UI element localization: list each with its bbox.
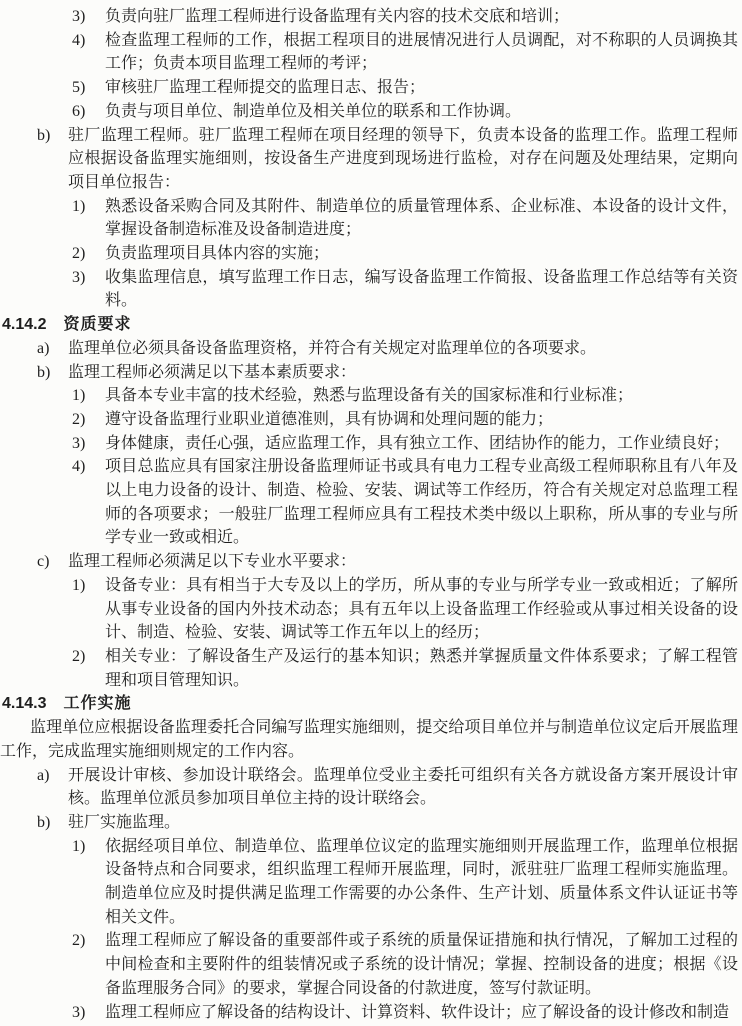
list-item-label: a) — [37, 337, 49, 361]
list-item-label: a) — [37, 764, 49, 788]
list-item-text: 负责监理项目具体内容的实施； — [105, 245, 329, 262]
list-item: 1)设备专业：具有相当于大专及以上的学历，所从事的专业与所学专业一致或相近；了解… — [0, 574, 738, 645]
list-item: 3)监理工程师应了解设备的结构设计、计算资料、软件设计；应了解设备的设计修改和制… — [0, 1001, 738, 1025]
list-item: 5)审核驻厂监理工程师提交的监理日志、报告； — [0, 76, 738, 100]
list-item: 2)遵守设备监理行业职业道德准则，具有协调和处理问题的能力； — [0, 408, 738, 432]
list-item: b)驻厂监理工程师。驻厂监理工程师在项目经理的领导下，负责本设备的监理工作。监理… — [0, 124, 738, 195]
section-title: 工作实施 — [63, 692, 131, 716]
list-item-label: 3) — [72, 432, 85, 456]
list-item: b)驻厂实施监理。 — [0, 811, 738, 835]
list-item-label: 1) — [72, 384, 85, 408]
list-item-label: 4) — [72, 29, 85, 53]
list-item-text: 监理工程师必须满足以下专业水平要求： — [68, 553, 356, 570]
list-item-text: 相关专业：了解设备生产及运行的基本知识；熟悉并掌握质量文件体系要求；了解工程管理… — [105, 648, 738, 689]
list-item: b)监理工程师必须满足以下基本素质要求： — [0, 361, 738, 385]
list-item-text: 负责与项目单位、制造单位及相关单位的联系和工作协调。 — [105, 103, 521, 120]
scanned-document-page: 3)负责向驻厂监理工程师进行设备监理有关内容的技术交底和培训；4)检查监理工程师… — [0, 0, 742, 1026]
list-item-text: 收集监理信息，填写监理工作日志，编写设备监理工作简报、设备监理工作总结等有关资料… — [105, 269, 738, 310]
list-item-text: 具备本专业丰富的技术经验，熟悉与监理设备有关的国家标准和行业标准； — [105, 387, 633, 404]
list-item-label: 3) — [72, 266, 85, 290]
list-item: 3)收集监理信息，填写监理工作日志，编写设备监理工作简报、设备监理工作总结等有关… — [0, 266, 738, 313]
list-item: 2)监理工程师应了解设备的重要部件或子系统的质量保证措施和执行情况，了解加工过程… — [0, 929, 738, 1000]
list-item-label: 5) — [72, 76, 85, 100]
list-item: 4)项目总监应具有国家注册设备监理师证书或具有电力工程专业高级工程师职称且有八年… — [0, 455, 738, 550]
list-item: c)监理工程师必须满足以下专业水平要求： — [0, 550, 738, 574]
list-item-label: 3) — [72, 1001, 85, 1025]
section-number: 4.14.3 — [2, 692, 46, 716]
list-item: 2)相关专业：了解设备生产及运行的基本知识；熟悉并掌握质量文件体系要求；了解工程… — [0, 645, 738, 692]
document-body: 3)负责向驻厂监理工程师进行设备监理有关内容的技术交底和培训；4)检查监理工程师… — [0, 5, 738, 1024]
section-heading: 4.14.2资质要求 — [0, 313, 738, 337]
list-item-text: 项目总监应具有国家注册设备监理师证书或具有电力工程专业高级工程师职称且有八年及以… — [105, 458, 738, 546]
list-item-text: 驻厂监理工程师。驻厂监理工程师在项目经理的领导下，负责本设备的监理工作。监理工程… — [68, 127, 738, 191]
list-item: a)监理单位必须具备设备监理资格，并符合有关规定对监理单位的各项要求。 — [0, 337, 738, 361]
list-item-text: 监理工程师应了解设备的结构设计、计算资料、软件设计；应了解设备的设计修改和制造 — [105, 1004, 729, 1021]
list-item-label: b) — [37, 811, 50, 835]
list-item-label: c) — [37, 550, 49, 574]
list-item: 3)身体健康，责任心强，适应监理工作，具有独立工作、团结协作的能力，工作业绩良好… — [0, 432, 738, 456]
list-item-text: 监理工程师应了解设备的重要部件或子系统的质量保证措施和执行情况，了解加工过程的中… — [105, 932, 738, 996]
list-item-label: 2) — [72, 645, 85, 669]
list-item-text: 监理工程师必须满足以下基本素质要求： — [68, 364, 356, 381]
list-item-label: 2) — [72, 408, 85, 432]
list-item-text: 开展设计审核、参加设计联络会。监理单位受业主委托可组织有关各方就设备方案开展设计… — [68, 767, 738, 808]
list-item-text: 驻厂实施监理。 — [68, 814, 180, 831]
list-item: a)开展设计审核、参加设计联络会。监理单位受业主委托可组织有关各方就设备方案开展… — [0, 764, 738, 811]
list-item-label: 2) — [72, 242, 85, 266]
list-item-label: 2) — [72, 929, 85, 953]
list-item: 2)负责监理项目具体内容的实施； — [0, 242, 738, 266]
list-item-text: 检查监理工程师的工作，根据工程项目的进展情况进行人员调配，对不称职的人员调换其工… — [105, 32, 738, 73]
list-item: 1)熟悉设备采购合同及其附件、制造单位的质量管理体系、企业标准、本设备的设计文件… — [0, 195, 738, 242]
list-item-text: 设备专业：具有相当于大专及以上的学历，所从事的专业与所学专业一致或相近；了解所从… — [105, 577, 738, 641]
section-heading: 4.14.3工作实施 — [0, 692, 738, 716]
list-item-label: b) — [37, 124, 50, 148]
list-item-text: 熟悉设备采购合同及其附件、制造单位的质量管理体系、企业标准、本设备的设计文件，掌… — [105, 198, 738, 239]
list-item-text: 依据经项目单位、制造单位、监理单位议定的监理实施细则开展监理工作，监理单位根据设… — [105, 838, 738, 926]
section-number: 4.14.2 — [2, 313, 46, 337]
list-item-text: 审核驻厂监理工程师提交的监理日志、报告； — [105, 79, 425, 96]
list-item: 3)负责向驻厂监理工程师进行设备监理有关内容的技术交底和培训； — [0, 5, 738, 29]
list-item: 6)负责与项目单位、制造单位及相关单位的联系和工作协调。 — [0, 100, 738, 124]
list-item: 1)依据经项目单位、制造单位、监理单位议定的监理实施细则开展监理工作，监理单位根… — [0, 835, 738, 930]
list-item-label: 3) — [72, 5, 85, 29]
list-item-label: 1) — [72, 835, 85, 859]
list-item-label: 6) — [72, 100, 85, 124]
list-item-text: 负责向驻厂监理工程师进行设备监理有关内容的技术交底和培训； — [105, 8, 569, 25]
section-title: 资质要求 — [63, 313, 131, 337]
list-item-label: b) — [37, 361, 50, 385]
paragraph: 监理单位应根据设备监理委托合同编写监理实施细则，提交给项目单位并与制造单位议定后… — [0, 716, 738, 763]
list-item-text: 监理单位必须具备设备监理资格，并符合有关规定对监理单位的各项要求。 — [68, 340, 596, 357]
list-item: 4)检查监理工程师的工作，根据工程项目的进展情况进行人员调配，对不称职的人员调换… — [0, 29, 738, 76]
list-item: 1)具备本专业丰富的技术经验，熟悉与监理设备有关的国家标准和行业标准； — [0, 384, 738, 408]
list-item-label: 1) — [72, 195, 85, 219]
list-item-text: 遵守设备监理行业职业道德准则，具有协调和处理问题的能力； — [105, 411, 553, 428]
list-item-label: 4) — [72, 455, 85, 479]
list-item-label: 1) — [72, 574, 85, 598]
list-item-text: 身体健康，责任心强，适应监理工作，具有独立工作、团结协作的能力，工作业绩良好； — [105, 435, 729, 452]
